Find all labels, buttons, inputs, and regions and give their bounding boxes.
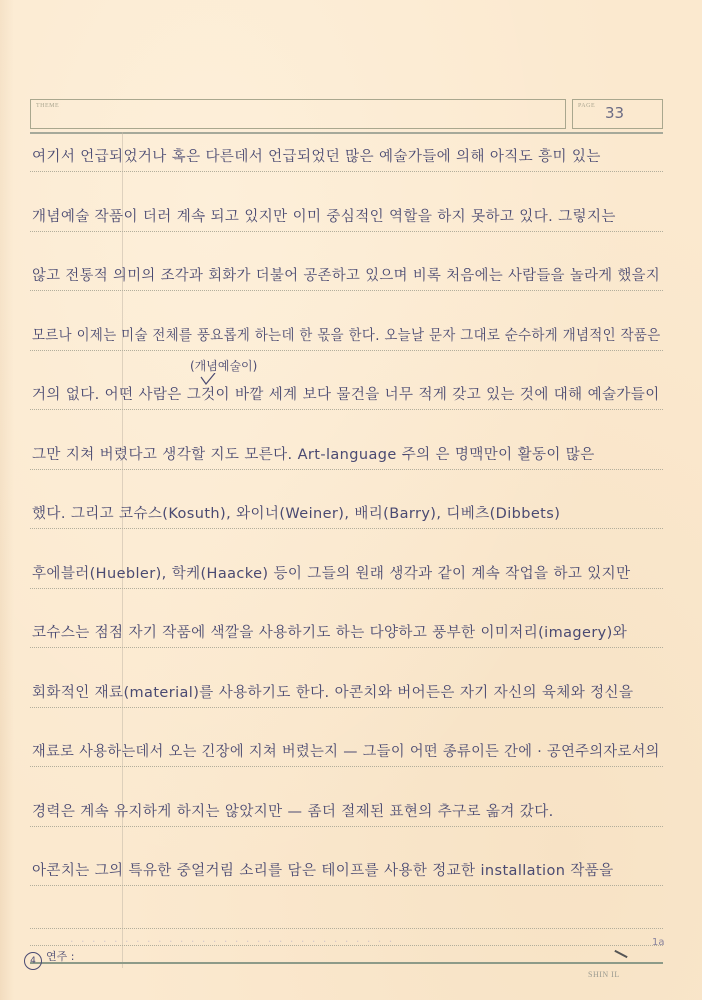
manuscript-line: 거의 없다. 어떤 사람은 그것이 바깥 세계 보다 물건을 너무 적게 갖고 … (30, 370, 663, 410)
manuscript-line: 후에블러(Huebler), 학케(Haacke) 등이 그들의 원래 생각과 … (30, 549, 663, 589)
handwritten-text: 그만 지쳐 버렸다고 생각할 지도 모른다. Art-language 주의 은… (32, 443, 595, 464)
page-number: 33 (605, 104, 624, 122)
ruled-line (30, 707, 663, 708)
ruled-line (30, 409, 663, 410)
manuscript-line: 않고 전통적 의미의 조각과 회화가 더불어 공존하고 있으며 비록 처음에는 … (30, 251, 663, 291)
paper-brand: SHIN IL (588, 970, 620, 979)
ruled-line (30, 826, 663, 827)
theme-box: THEME (30, 99, 566, 129)
page-box: PAGE 33 (572, 99, 663, 129)
manuscript-line: 모르나 이제는 미술 전체를 풍요롭게 하는데 한 몫을 한다. 오늘날 문자 … (30, 311, 663, 351)
manuscript-line: 여기서 언급되었거나 혹은 다른데서 언급되었던 많은 예술가들에 의해 아직도… (30, 132, 663, 172)
handwritten-text: 여기서 언급되었거나 혹은 다른데서 언급되었던 많은 예술가들에 의해 아직도… (32, 145, 601, 166)
insertion-note: (개념예술이) (190, 357, 257, 374)
manuscript-line: 코슈스는 점점 자기 작품에 색깔을 사용하기도 하는 다양하고 풍부한 이미저… (30, 608, 663, 648)
ruled-line (30, 766, 663, 767)
footer-page-mark: 1a (652, 937, 665, 948)
theme-label: THEME (36, 103, 59, 109)
ruled-line (30, 290, 663, 291)
handwritten-text: 거의 없다. 어떤 사람은 그것이 바깥 세계 보다 물건을 너무 적게 갖고 … (32, 383, 660, 404)
manuscript-line: 경력은 계속 유지하게 하지는 않았지만 — 좀더 절제된 표현의 추구로 옮겨… (30, 787, 663, 827)
ruled-line (30, 588, 663, 589)
manuscript-line: 개념예술 작품이 더러 계속 되고 있지만 이미 중심적인 역할을 하지 못하고… (30, 192, 663, 232)
manuscript-line: 아콘치는 그의 특유한 중얼거림 소리를 담은 테이프를 사용한 정교한 ins… (30, 846, 663, 886)
manuscript-line: 했다. 그리고 코슈스(Kosuth), 와이너(Weiner), 배리(Bar… (30, 489, 663, 529)
ruled-line (30, 350, 663, 351)
pen-mark (614, 950, 627, 958)
ruled-line (30, 171, 663, 172)
handwritten-text: 회화적인 재료(material)를 사용하기도 한다. 아콘치와 버어든은 자… (32, 681, 633, 702)
bleed-through-text: · · · · · · · · · · · · · · · · · · · · … (70, 935, 394, 948)
handwritten-text: 했다. 그리고 코슈스(Kosuth), 와이너(Weiner), 배리(Bar… (32, 502, 560, 523)
handwritten-text: 재료로 사용하는데서 오는 긴장에 지쳐 버렸는지 — 그들이 어떤 종류이든 … (32, 740, 660, 761)
manuscript-line: 재료로 사용하는데서 오는 긴장에 지쳐 버렸는지 — 그들이 어떤 종류이든 … (30, 727, 663, 767)
ruled-line (30, 647, 663, 648)
ruled-line (30, 528, 663, 529)
handwritten-text: 후에블러(Huebler), 학케(Haacke) 등이 그들의 원래 생각과 … (32, 562, 631, 583)
handwritten-text: 코슈스는 점점 자기 작품에 색깔을 사용하기도 하는 다양하고 풍부한 이미저… (32, 621, 627, 642)
notebook-page: THEME PAGE 33 여기서 언급되었거나 혹은 다른데서 언급되었던 많… (0, 0, 702, 1000)
circled-number: 4 (24, 952, 42, 970)
handwritten-text: 개념예술 작품이 더러 계속 되고 있지만 이미 중심적인 역할을 하지 못하고… (32, 205, 616, 226)
ruled-line (30, 469, 663, 470)
handwritten-text: 경력은 계속 유지하게 하지는 않았지만 — 좀더 절제된 표현의 추구로 옮겨… (32, 800, 554, 821)
footer-divider (30, 962, 663, 964)
insertion-caret-icon (200, 373, 216, 385)
footer-ruled-line (30, 928, 663, 929)
handwritten-text: 모르나 이제는 미술 전체를 풍요롭게 하는데 한 몫을 한다. 오늘날 문자 … (32, 324, 661, 345)
manuscript-line: 그만 지쳐 버렸다고 생각할 지도 모른다. Art-language 주의 은… (30, 430, 663, 470)
handwritten-text: 아콘치는 그의 특유한 중얼거림 소리를 담은 테이프를 사용한 정교한 ins… (32, 859, 614, 880)
ruled-line (30, 885, 663, 886)
page-label: PAGE (578, 103, 595, 109)
manuscript-line: 회화적인 재료(material)를 사용하기도 한다. 아콘치와 버어든은 자… (30, 668, 663, 708)
footer-note: 연주 : (46, 948, 74, 964)
handwritten-text: 않고 전통적 의미의 조각과 회화가 더불어 공존하고 있으며 비록 처음에는 … (32, 264, 660, 285)
ruled-line (30, 231, 663, 232)
